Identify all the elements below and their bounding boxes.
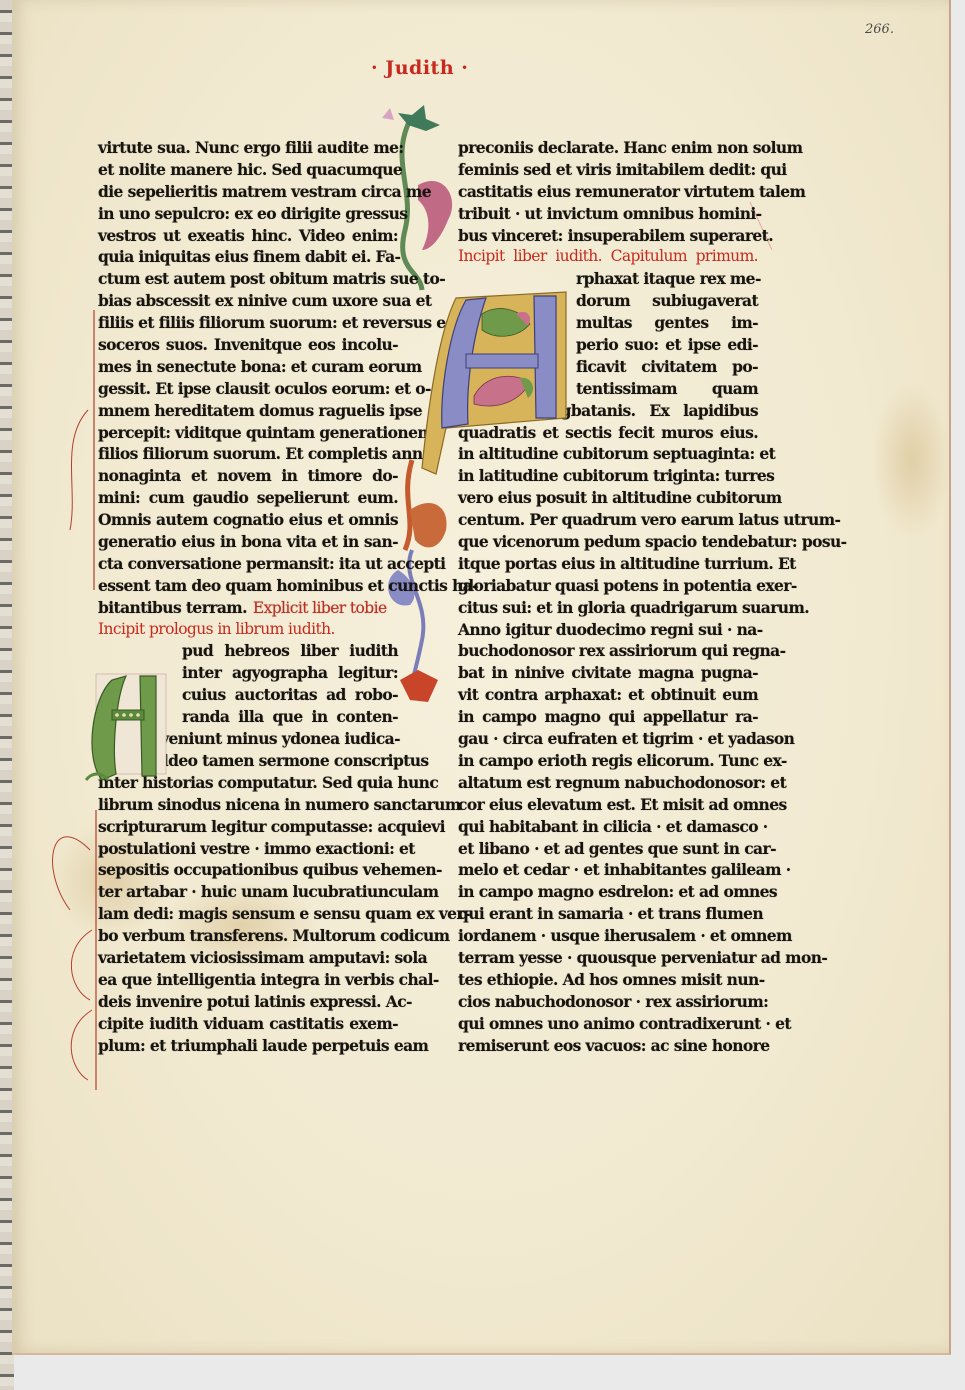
text-line: mes in senectute bona: et curam eorum	[98, 356, 398, 378]
text-line: que vicenorum pedum spacio tendebatur: p…	[458, 531, 758, 553]
text-line: bus vinceret: insuperabilem superaret.	[458, 225, 758, 247]
text-line: tes ethiopie. Ad hos omnes misit nun-	[458, 969, 758, 991]
illuminated-initial-a-gold-icon	[416, 278, 578, 478]
text-line: ctum est autem post obitum matris sue to…	[98, 268, 398, 290]
text-line: iordanem · usque iherusalem · et omnem	[458, 925, 758, 947]
text-line: bo verbum transferens. Multorum codicum	[98, 925, 398, 947]
text-line: scripturarum legitur computasse: acquiev…	[98, 816, 398, 838]
text-line: qui omnes uno animo contradixerunt · et	[458, 1013, 758, 1035]
text-line: melo et cedar · et inhabitantes galileam…	[458, 859, 758, 881]
folio-number: 266.	[865, 22, 894, 37]
text-line: deis invenire potui latinis expressi. Ac…	[98, 991, 398, 1013]
text-line: qui habitabant in cilicia · et damasco ·	[458, 816, 758, 838]
foxing-stain	[872, 380, 952, 540]
text-line: in campo magno esdrelon: et ad omnes	[458, 881, 758, 903]
text-line: sepositis occupationibus quibus vehemen-	[98, 859, 398, 881]
text-line: terram yesse · quousque perveniatur ad m…	[458, 947, 758, 969]
text-line: cta conversatione permansit: ita ut acce…	[98, 553, 398, 575]
text-line: plum: et triumphali laude perpetuis eam	[98, 1035, 398, 1057]
text-line: gessit. Et ipse clausit oculos eorum: et…	[98, 378, 398, 400]
text-line: in campo erioth regis elicorum. Tunc ex-	[458, 750, 758, 772]
text-line: varietatem viciosissimam amputavi: sola	[98, 947, 398, 969]
text-line: ea que intelligentia integra in verbis c…	[98, 969, 398, 991]
text-line: preconiis declarate. Hanc enim non solum	[458, 137, 758, 159]
text-line: filiis et filiis filiorum suorum: et rev…	[98, 312, 398, 334]
text-line: tribuit · ut invictum omnibus homini-	[458, 203, 758, 225]
text-line: lam dedi: magis sensum e sensu quam ex v…	[98, 903, 398, 925]
text-line: bat in ninive civitate magna pugna-	[458, 662, 758, 684]
text-line: gau · circa eufraten et tigrim · et yada…	[458, 728, 758, 750]
text-line: buchodonosor rex assiriorum qui regna-	[458, 640, 758, 662]
text-line: librum sinodus nicena in numero sanctaru…	[98, 794, 398, 816]
text-line: Anno igitur duodecimo regni sui · na-	[458, 619, 758, 641]
text-line: gloriabatur quasi potens in potentia exe…	[458, 575, 758, 597]
text-line: itque portas eius in altitudine turrium.…	[458, 553, 758, 575]
text-line: vit contra arphaxat: et obtinuit eum	[458, 684, 758, 706]
running-head: · Judith ·	[371, 57, 468, 79]
text-line: altatum est regnum nabuchodonosor: et	[458, 772, 758, 794]
text-line: centum. Per quadrum vero earum latus utr…	[458, 509, 758, 531]
text-line: mini: cum gaudio sepelierunt eum.	[98, 487, 398, 509]
text-line: cor eius elevatum est. Et misit ad omnes	[458, 794, 758, 816]
text-line: cios nabuchodonosor · rex assiriorum:	[458, 991, 758, 1013]
text-column-left: virtute sua. Nunc ergo filii audite me: …	[98, 137, 398, 1056]
explicit-line: bitantibus terram.Explicit liber tobie	[98, 597, 398, 619]
illuminated-initial-a-green-icon	[82, 668, 168, 786]
text-line: generatio eius in bona vita et in san-	[98, 531, 398, 553]
text-line: vero eius posuit in altitudine cubitorum	[458, 487, 758, 509]
text-line: citus sui: et in gloria quadrigarum suar…	[458, 597, 758, 619]
text-fragment: bitantibus terram.	[98, 598, 247, 617]
text-line: feminis sed et viris imitabilem dedit: q…	[458, 159, 758, 181]
text-line: bias abscessit ex ninive cum uxore sua e…	[98, 290, 398, 312]
text-line: in campo magno qui appellatur ra-	[458, 706, 758, 728]
text-line: filios filiorum suorum. Et completis ann…	[98, 443, 398, 465]
text-line: mnem hereditatem domus raguelis ipse	[98, 400, 398, 422]
text-line: quia iniquitas eius finem dabit ei. Fa-	[98, 246, 398, 268]
text-line: percepit: viditque quintam generationem	[98, 422, 398, 444]
text-line: postulationi vestre · immo exactioni: et	[98, 838, 398, 860]
text-line: soceros suos. Invenitque eos incolu-	[98, 334, 398, 356]
rubric-incipit-prologue: Incipit prologus in librum iudith.	[98, 619, 398, 641]
text-line: qui erant in samaria · et trans flumen	[458, 903, 758, 925]
text-line: remiserunt eos vacuos: ac sine honore	[458, 1035, 758, 1057]
text-line: die sepelieritis matrem vestram circa me	[98, 181, 398, 203]
text-line: vestros ut exeatis hinc. Video enim:	[98, 225, 398, 247]
text-line: Omnis autem cognatio eius et omnis	[98, 509, 398, 531]
text-line: virtute sua. Nunc ergo filii audite me:	[98, 137, 398, 159]
text-line: ter artabar · huic unam lucubratiunculam	[98, 881, 398, 903]
text-line: pud hebreos liber iudith	[98, 640, 398, 662]
text-line: et nolite manere hic. Sed quacumque	[98, 159, 398, 181]
text-line: cipite iudith viduam castitatis exem-	[98, 1013, 398, 1035]
rubric-explicit: Explicit liber tobie	[253, 599, 387, 617]
text-line: castitatis eius remunerator virtutem tal…	[458, 181, 758, 203]
text-column-right: preconiis declarate. Hanc enim non solum…	[458, 137, 758, 1056]
text-line: nonaginta et novem in timore do-	[98, 465, 398, 487]
text-line: in uno sepulcro: ex eo dirigite gressus	[98, 203, 398, 225]
rubric-incipit-book: Incipit liber iudith. Capitulum primum.	[458, 246, 758, 268]
text-line: essent tam deo quam hominibus et cunctis…	[98, 575, 398, 597]
text-line: et libano · et ad gentes que sunt in car…	[458, 838, 758, 860]
